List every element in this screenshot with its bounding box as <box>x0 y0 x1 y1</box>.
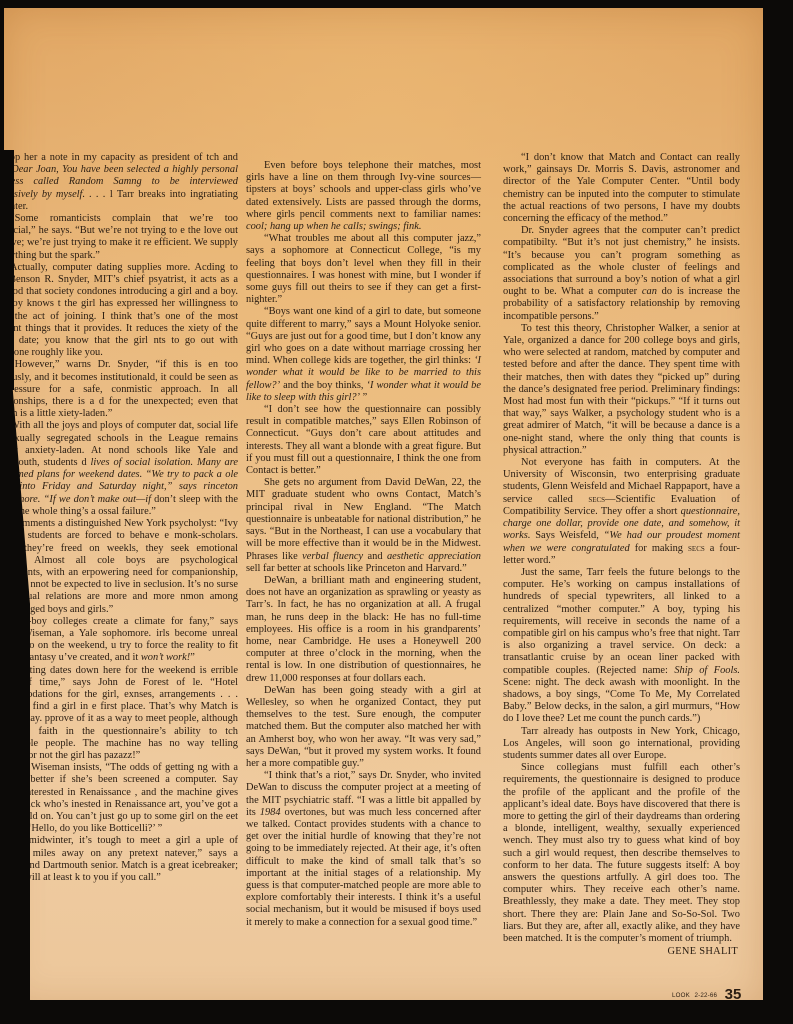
article-paragraph: To test this theory, Christopher Walker,… <box>503 323 740 457</box>
body-text: and <box>363 551 387 562</box>
column-body: “I don’t know that Match and Contact can… <box>503 152 740 945</box>
article-column-right: “I don’t know that Match and Contact can… <box>503 152 740 958</box>
author-byline: GENE SHALIT <box>503 946 740 958</box>
body-text: Even before boys telephone their matches… <box>246 160 481 220</box>
article-paragraph: “I think that’s a riot,” says Dr. Snyder… <box>246 770 481 929</box>
article-paragraph: “In midwinter, it’s tough to meet a girl… <box>0 835 238 884</box>
body-text: overtones, but was much less concerned a… <box>246 807 481 928</box>
italic-text: aesthetic appreciation <box>387 551 481 562</box>
small-caps-text: secs <box>588 494 605 505</box>
body-text: Comments a distinguished New York psycho… <box>0 518 238 614</box>
column-body: Even before boys telephone their matches… <box>246 160 481 929</box>
article-paragraph: Tarr already has outposts in New York, C… <box>503 726 740 763</box>
article-paragraph: “Boys want one kind of a girl to date, b… <box>246 306 481 404</box>
issue-date: 2-22-66 <box>694 992 717 999</box>
scanned-magazine-page: n drop her a note in my capacity as pres… <box>0 0 793 1024</box>
body-text: Just the same, Tarr feels the future bel… <box>503 567 740 676</box>
article-paragraph: n drop her a note in my capacity as pres… <box>0 152 238 213</box>
article-paragraph: “Some romanticists complain that we’re t… <box>0 213 238 262</box>
small-caps-text: secs <box>688 543 705 554</box>
body-text: and the boy thinks, <box>280 380 366 391</box>
article-paragraph: “However,” warns Dr. Snyder, “if this is… <box>0 359 238 420</box>
article-paragraph: She gets no argument from David DeWan, 2… <box>246 477 481 575</box>
publication-name: LOOK <box>672 992 690 999</box>
article-paragraph: Since collegians must fulfill each other… <box>503 762 740 945</box>
article-paragraph: Just the same, Tarr feels the future bel… <box>503 567 740 726</box>
italic-text: won’t work! <box>141 652 190 663</box>
body-text: Says Weisfeld, <box>530 530 603 541</box>
article-paragraph: Comments a distinguished New York psycho… <box>0 518 238 616</box>
italic-text: cool; hang up when he calls; swings; fin… <box>246 221 421 232</box>
body-text: “Getting dates down here for the weekend… <box>0 665 238 761</box>
article-column-middle: Even before boys telephone their matches… <box>246 160 481 929</box>
body-text: “However,” warns Dr. Snyder, “if this is… <box>0 359 238 419</box>
article-paragraph: Not everyone has faith in computers. At … <box>503 457 740 567</box>
article-column-left: n drop her a note in my capacity as pres… <box>0 152 238 884</box>
body-text: DeWan has been going steady with a girl … <box>246 685 481 769</box>
scan-background-edge <box>763 0 793 1024</box>
italic-text: can <box>642 286 657 297</box>
folded-page-edge <box>0 150 14 390</box>
body-text: “I don’t know that Match and Contact can… <box>503 152 740 224</box>
body-text: “In midwinter, it’s tough to meet a girl… <box>0 835 238 883</box>
article-paragraph: “Getting dates down here for the weekend… <box>0 665 238 763</box>
article-paragraph: Dr. Snyder agrees that the computer can’… <box>503 225 740 323</box>
article-paragraph: “I don’t know that Match and Contact can… <box>503 152 740 225</box>
body-text: Actually, computer dating supplies more.… <box>0 262 238 358</box>
italic-text: Ship of Fools. <box>674 665 740 676</box>
body-text: Since collegians must fulfill each other… <box>503 762 740 944</box>
italic-text: verbal fluency <box>302 551 363 562</box>
article-paragraph: Even before boys telephone their matches… <box>246 160 481 233</box>
body-text: She gets no argument from David DeWan, 2… <box>246 477 481 561</box>
article-paragraph: “What troubles me about all this compute… <box>246 233 481 306</box>
article-paragraph: DeWan has been going steady with a girl … <box>246 685 481 770</box>
column-body: n drop her a note in my capacity as pres… <box>0 152 238 884</box>
article-paragraph: “I don’t see how the questionnaire can p… <box>246 404 481 477</box>
body-text: “I don’t see how the questionnaire can p… <box>246 404 481 476</box>
body-text: “All-boy colleges create a climate for f… <box>0 616 238 664</box>
article-paragraph: With all the joys and ploys of computer … <box>0 420 238 518</box>
body-text: ” <box>360 392 367 403</box>
scan-background-edge <box>0 1000 793 1024</box>
body-text: “Boys want one kind of a girl to date, b… <box>246 306 481 366</box>
article-paragraph: DeWan, a brilliant math and engineering … <box>246 575 481 685</box>
body-text: ” <box>190 652 195 663</box>
body-text: But, Wiseman insists, “The odds of getti… <box>0 762 238 834</box>
article-paragraph: But, Wiseman insists, “The odds of getti… <box>0 762 238 835</box>
italic-text: 1984 <box>260 807 281 818</box>
body-text: Scene: night. The deck awash with moonli… <box>503 677 740 725</box>
body-text: “What troubles me about all this compute… <box>246 233 481 305</box>
body-text: Tarr already has outposts in New York, C… <box>503 726 740 761</box>
body-text: sell far better at schools like Princeto… <box>246 563 467 574</box>
article-paragraph: Actually, computer dating supplies more.… <box>0 262 238 360</box>
body-text: for making <box>630 543 688 554</box>
article-paragraph: “All-boy colleges create a climate for f… <box>0 616 238 665</box>
body-text: DeWan, a brilliant math and engineering … <box>246 575 481 684</box>
body-text: “Some romanticists complain that we’re t… <box>0 213 238 261</box>
body-text: To test this theory, Christopher Walker,… <box>503 323 740 456</box>
